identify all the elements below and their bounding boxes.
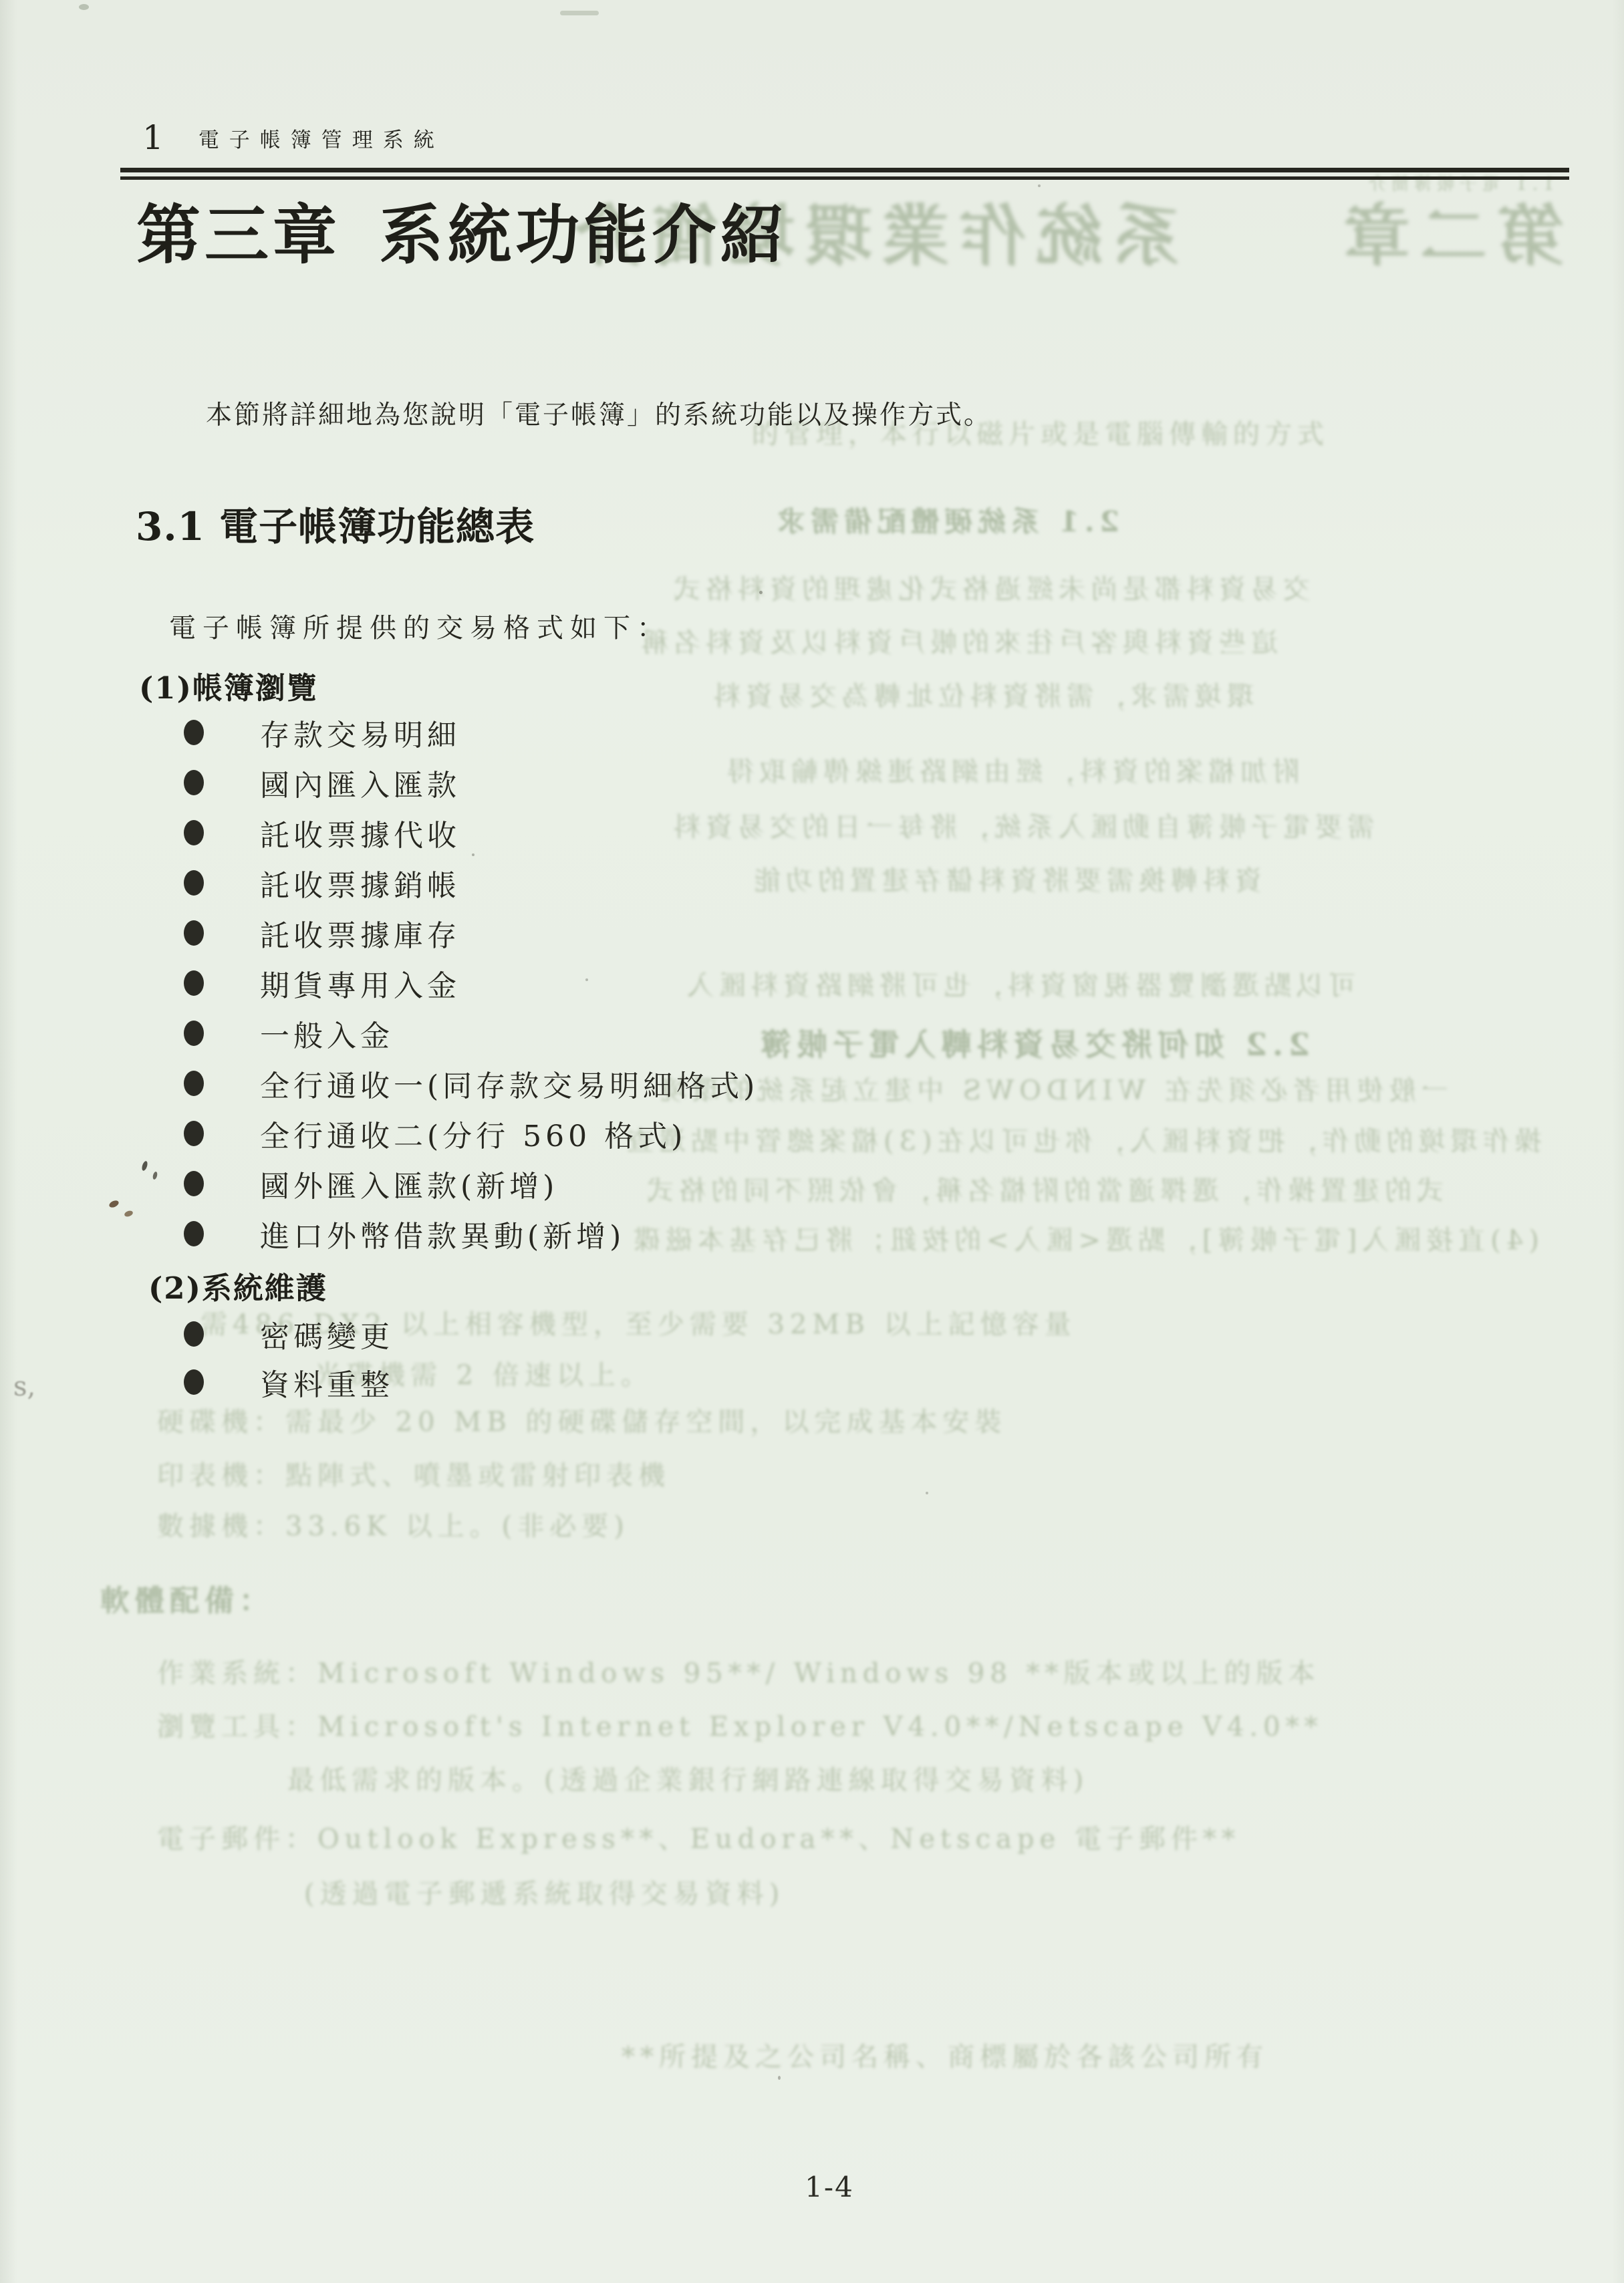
list-item-label: 全行通收一(同存款交易明細格式) (260, 1062, 759, 1105)
list-item-label: 託收票據銷帳 (260, 861, 460, 904)
scan-smudge (560, 11, 599, 15)
list-item-label: 託收票據庫存 (260, 912, 460, 954)
list-item: 存款交易明細 (184, 707, 759, 757)
scan-smudge (79, 4, 89, 10)
page-number: 1-4 (0, 2171, 1624, 2203)
bullet-icon (184, 1321, 204, 1347)
list-item: 國外匯入匯款(新增) (184, 1158, 759, 1208)
list-item: 密碼變更 (184, 1310, 394, 1358)
bullet-icon (184, 920, 204, 946)
chapter-title: 第三章 系統功能介紹 (136, 196, 788, 273)
list-item-label: 全行通收二(分行 560 格式) (260, 1112, 686, 1155)
bullet-icon (184, 1221, 204, 1246)
list-item: 全行通收一(同存款交易明細格式) (184, 1058, 759, 1108)
header-double-rule (120, 168, 1569, 180)
list-item: 資料重整 (184, 1358, 394, 1406)
bullet-icon (184, 1071, 204, 1096)
bullet-icon (184, 820, 204, 845)
list-item: 進口外幣借款異動(新增) (184, 1208, 759, 1258)
list-item-label: 密碼變更 (260, 1313, 394, 1355)
bullet-icon (184, 1121, 204, 1146)
dust-dot (472, 853, 475, 856)
rule-bottom-bar (120, 176, 1569, 180)
section-number: 3.1 (136, 504, 205, 549)
list-item-label: 資料重整 (260, 1361, 394, 1403)
dust-dot (1038, 184, 1041, 187)
running-header-chapter-number: 1 (142, 121, 164, 154)
section-title: 3.1 電子帳簿功能總表 (136, 495, 535, 551)
list-item-label: 進口外幣借款異動(新增) (260, 1212, 625, 1255)
bullet-icon (184, 1021, 204, 1046)
list-item: 託收票據銷帳 (184, 857, 759, 908)
list-item: 期貨專用入金 (184, 958, 759, 1008)
dust-dot (778, 2076, 781, 2080)
group-1-list: 存款交易明細國內匯入匯款託收票據代收託收票據銷帳託收票據庫存期貨專用入金一般入金… (184, 707, 759, 1258)
bullet-icon (184, 1369, 204, 1395)
rule-top-bar (120, 168, 1569, 172)
list-item-label: 國內匯入匯款 (260, 761, 460, 804)
lead-sentence: 電子帳簿所提供的交易格式如下： (169, 607, 670, 645)
bullet-icon (184, 720, 204, 745)
running-header-title: 電子帳簿管理系統 (198, 123, 444, 154)
bullet-icon (184, 1171, 204, 1196)
list-item: 國內匯入匯款 (184, 757, 759, 807)
dust-dot (585, 978, 588, 981)
group-2-heading: (2)系統維護 (148, 1264, 327, 1307)
stray-pencil-mark: s, (13, 1371, 35, 1402)
intro-paragraph: 本節將詳細地為您說明「電子帳簿」的系統功能以及操作方式。 (206, 394, 992, 432)
list-item-label: 期貨專用入金 (260, 962, 460, 1004)
bullet-icon (184, 870, 204, 896)
section-name: 電子帳簿功能總表 (219, 504, 535, 549)
list-item-label: 存款交易明細 (260, 711, 460, 754)
document-page: 1.1 電子帳簿簡介第二章 系統作業環境簡介的管理，本行以磁片或是電腦傳輸的方式… (0, 0, 1624, 2283)
running-header: 1 電子帳簿管理系統 (142, 121, 444, 154)
list-item-label: 託收票據代收 (260, 811, 460, 854)
list-item-label: 國外匯入匯款(新增) (260, 1162, 558, 1205)
bullet-icon (184, 970, 204, 996)
bullet-icon (184, 770, 204, 795)
list-item: 託收票據代收 (184, 807, 759, 857)
dust-dot (926, 1492, 928, 1494)
list-item: 託收票據庫存 (184, 908, 759, 958)
group-2-list: 密碼變更資料重整 (184, 1310, 394, 1406)
list-item: 一般入金 (184, 1008, 759, 1058)
page-content: 1 電子帳簿管理系統 第三章 系統功能介紹 本節將詳細地為您說明「電子帳簿」的系… (0, 0, 1624, 2283)
list-item: 全行通收二(分行 560 格式) (184, 1108, 759, 1158)
group-1-heading: (1)帳簿瀏覽 (139, 664, 318, 707)
list-item-label: 一般入金 (260, 1012, 394, 1055)
dust-dot (759, 591, 763, 594)
